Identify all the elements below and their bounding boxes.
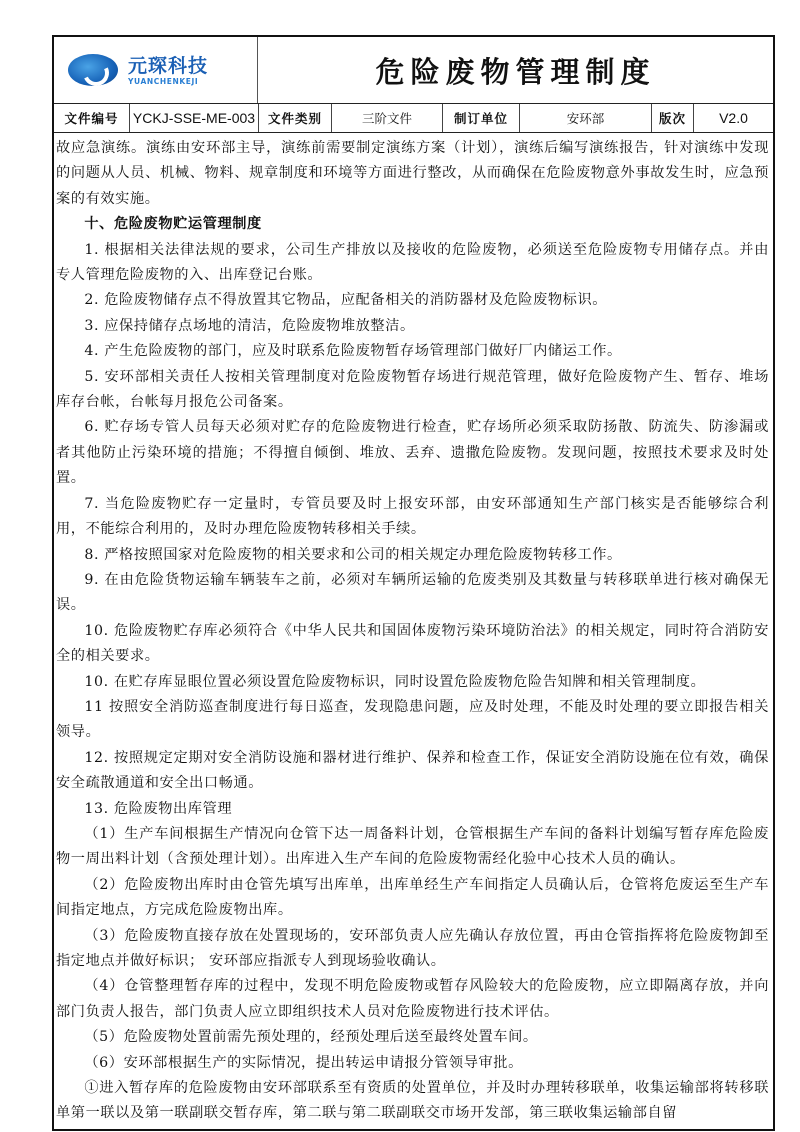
company-name-en: YUANCHENKEJI — [128, 77, 208, 86]
doc-no-label: 文件编号 — [54, 104, 130, 132]
paragraph: 11 按照安全消防巡查制度进行每日巡查，发现隐患问题，应及时处理，不能及时处理的… — [56, 695, 769, 746]
paragraph: 10. 在贮存库显眼位置必须设置危险废物标识，同时设置危险废物危险告知牌和相关管… — [56, 670, 769, 695]
company-logo-icon — [68, 54, 118, 86]
unit-value: 安环部 — [520, 104, 652, 132]
paragraph: ①进入暂存库的危险废物由安环部联系至有资质的处置单位，并及时办理转移联单，收集运… — [56, 1076, 769, 1127]
paragraph: （4）仓管整理暂存库的过程中，发现不明危险废物或暂存风险较大的危险废物，应立即隔… — [56, 974, 769, 1025]
paragraph: 4. 产生危险废物的部门，应及时联系危险废物暂存场管理部门做好厂内储运工作。 — [56, 339, 769, 364]
paragraph: （5）危险废物处置前需先预处理的，经预处理后送至最终处置车间。 — [56, 1025, 769, 1050]
unit-label: 制订单位 — [443, 104, 520, 132]
paragraph: 12. 按照规定定期对安全消防设施和器材进行维护、保养和检查工作，保证安全消防设… — [56, 746, 769, 797]
paragraph: 8. 严格按照国家对危险废物的相关要求和公司的相关规定办理危险废物转移工作。 — [56, 543, 769, 568]
paragraph: 3. 应保持储存点场地的清洁，危险废物堆放整洁。 — [56, 314, 769, 339]
paragraph: （2）危险废物出库时由仓管先填写出库单，出库单经生产车间指定人员确认后，仓管将危… — [56, 873, 769, 924]
paragraph: 1. 根据相关法律法规的要求，公司生产排放以及接收的危险废物，必须送至危险废物专… — [56, 238, 769, 289]
document-sheet: 元琛科技 YUANCHENKEJI 危险废物管理制度 文件编号 YCKJ-SSE… — [52, 35, 775, 1131]
header-row: 元琛科技 YUANCHENKEJI 危险废物管理制度 — [54, 37, 773, 104]
paragraph: 6. 贮存场专管人员每天必须对贮存的危险废物进行检查，贮存场所必须采取防扬散、防… — [56, 415, 769, 491]
paragraph: 故应急演练。演练由安环部主导，演练前需要制定演练方案（计划），演练后编写演练报告… — [56, 136, 769, 212]
paragraph: （6）安环部根据生产的实际情况，提出转运申请报分管领导审批。 — [56, 1051, 769, 1076]
paragraph: 7. 当危险废物贮存一定量时，专管员要及时上报安环部，由安环部通知生产部门核实是… — [56, 492, 769, 543]
page-title: 危险废物管理制度 — [375, 50, 655, 91]
company-logo: 元琛科技 YUANCHENKEJI — [54, 37, 258, 103]
paragraph: 5. 安环部相关责任人按相关管理制度对危险废物暂存场进行规范管理，做好危险废物产… — [56, 365, 769, 416]
company-name-cn: 元琛科技 — [128, 55, 208, 77]
paragraph: 9. 在由危险货物运输车辆装车之前，必须对车辆所运输的危废类别及其数量与转移联单… — [56, 568, 769, 619]
paragraph: （1）生产车间根据生产情况向仓管下达一周备料计划，仓管根据生产车间的备料计划编写… — [56, 822, 769, 873]
paragraph: 10. 危险废物贮存库必须符合《中华人民共和国固体废物污染环境防治法》的相关规定… — [56, 619, 769, 670]
version-label: 版次 — [652, 104, 694, 132]
category-label: 文件类别 — [259, 104, 332, 132]
category-value: 三阶文件 — [332, 104, 443, 132]
doc-info-row: 文件编号 YCKJ-SSE-ME-003 文件类别 三阶文件 制订单位 安环部 … — [54, 104, 773, 133]
version-value: V2.0 — [694, 104, 773, 132]
paragraph: （3）危险废物直接存放在处置现场的，安环部负责人应先确认存放位置，再由仓管指挥将… — [56, 924, 769, 975]
document-body: 故应急演练。演练由安环部主导，演练前需要制定演练方案（计划），演练后编写演练报告… — [54, 133, 773, 1129]
paragraph: 2. 危险废物储存点不得放置其它物品，应配备相关的消防器材及危险废物标识。 — [56, 288, 769, 313]
paragraph: 13. 危险废物出库管理 — [56, 797, 769, 822]
doc-no-value: YCKJ-SSE-ME-003 — [130, 104, 259, 132]
section-heading: 十、危险废物贮运管理制度 — [56, 212, 769, 237]
